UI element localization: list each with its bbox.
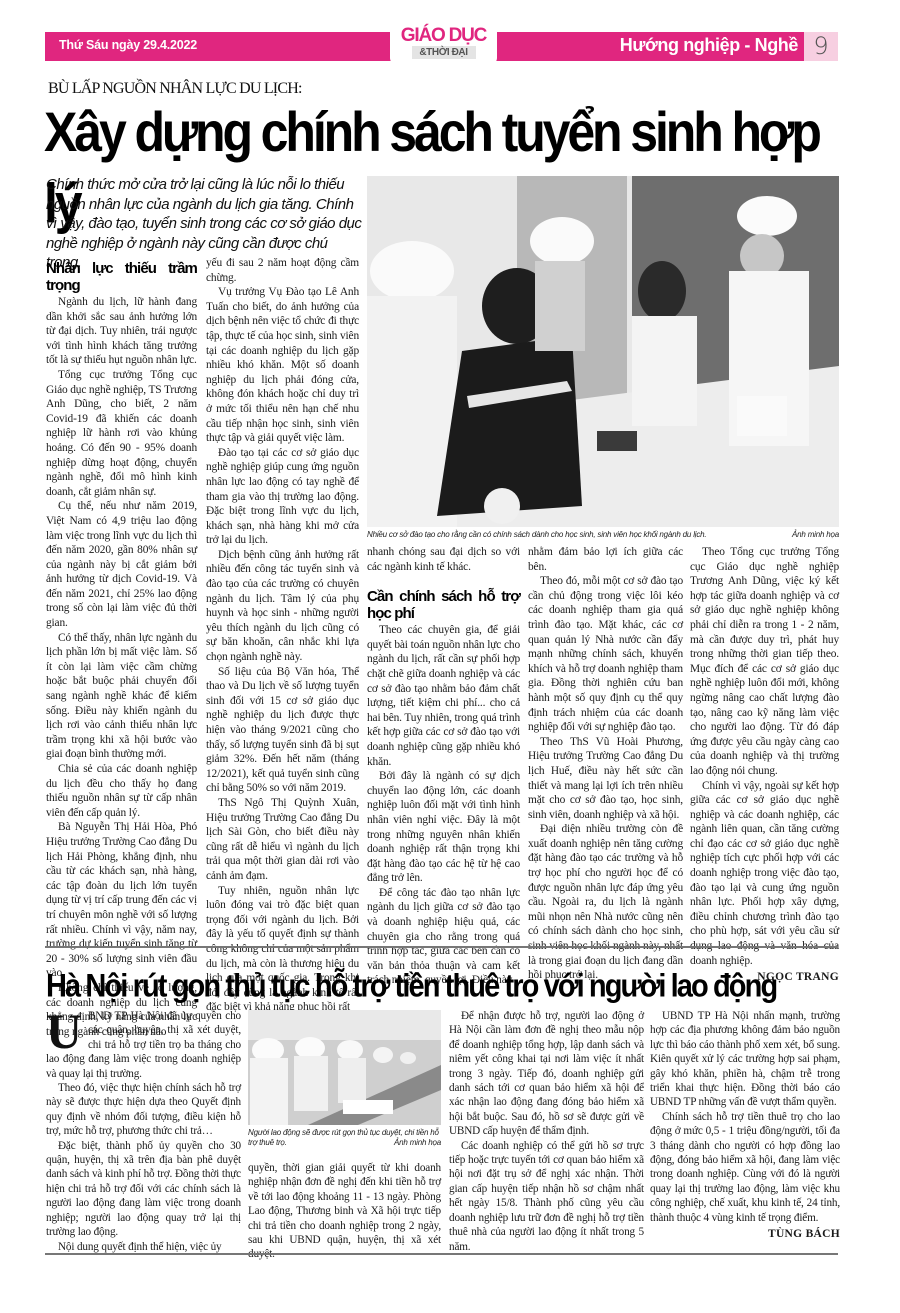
paragraph: Đào tạo tại các cơ sở giáo dục nghề nghi…: [206, 446, 359, 548]
paragraph: UBND TP Hà Nội nhấn mạnh, trường hợp các…: [650, 1009, 840, 1110]
paragraph: Chính sách hỗ trợ tiền thuê trọ cho lao …: [650, 1110, 840, 1225]
paragraph: Theo đó, mỗi một cơ sở đào tạo cần chủ đ…: [528, 574, 683, 735]
article1-column-3: nhanh chóng sau đại dịch so với các ngàn…: [367, 545, 520, 988]
paragraph: ThS Ngô Thị Quỳnh Xuân, Hiệu trưởng Trườ…: [206, 796, 359, 884]
paragraph: Tổng cục trưởng Tổng cục Giáo dục nghề n…: [46, 368, 197, 499]
paragraph: Bà Nguyễn Thị Hải Hòa, Phó Hiệu trưởng T…: [46, 820, 197, 981]
paragraph: Chia sẻ của các doanh nghiệp du lịch đều…: [46, 762, 197, 820]
paragraph: Theo ThS Vũ Hoài Phương, Hiệu trưởng Trư…: [528, 735, 683, 823]
article1-column-5: Theo Tổng cục trưởng Tổng cục Giáo dục n…: [690, 545, 839, 985]
section-title: Hướng nghiệp - Nghề: [620, 35, 798, 56]
subheading: Cần chính sách hỗ trợ học phí: [367, 588, 520, 622]
paragraph: nhằm đảm bảo lợi ích giữa các bên.: [528, 545, 683, 574]
paragraph: Cụ thể, nếu như năm 2019, Việt Nam có 4,…: [46, 499, 197, 630]
newspaper-logo: GIÁO DỤC &THỜI ĐẠI: [390, 26, 497, 64]
article2-column-4: UBND TP Hà Nội nhấn mạnh, trường hợp các…: [650, 1009, 840, 1242]
paragraph: Để nhận được hỗ trợ, người lao động ở Hà…: [449, 1009, 644, 1139]
paragraph: Các doanh nghiệp có thể gửi hồ sơ trực t…: [449, 1139, 644, 1254]
factory-photo-icon: [248, 1010, 441, 1125]
article2-column-2: quyền, thời gian giải quyết từ khi doanh…: [248, 1161, 441, 1262]
paragraph: yếu đi sau 2 năm hoạt động cầm chừng.: [206, 256, 359, 285]
paragraph: Đại diện nhiều trường còn đề xuất doanh …: [528, 822, 683, 983]
photo-illustration-icon: [367, 176, 839, 527]
photo-credit: Ảnh minh họa: [792, 530, 839, 539]
article2-photo-caption: Người lao động sẽ được rút gọn thủ tục d…: [248, 1128, 441, 1148]
author-byline: TÙNG BÁCH: [650, 1227, 840, 1241]
section-divider: [45, 946, 838, 948]
drop-cap: U: [46, 1011, 82, 1051]
paragraph: Chính vì vậy, ngoài sự kết hợp giữa các …: [690, 779, 839, 969]
page-number: 9: [804, 32, 838, 61]
paragraph: Theo Tổng cục trưởng Tổng cục Giáo dục n…: [690, 545, 839, 779]
subheading: Nhân lực thiếu trầm trọng: [46, 260, 197, 294]
article2-column-1: UBND TP Hà Nội đã ủy quyền cho các quận,…: [46, 1009, 241, 1254]
paragraph: nhanh chóng sau đại dịch so với các ngàn…: [367, 545, 520, 574]
caption-text: Nhiều cơ sở đào tạo cho rằng cần có chín…: [367, 530, 706, 539]
paragraph: Có thể thấy, nhân lực ngành du lịch phần…: [46, 631, 197, 762]
paragraph: Theo đó, việc thực hiện chính sách hỗ tr…: [46, 1081, 241, 1139]
paragraph: Số liệu của Bộ Văn hóa, Thể thao và Du l…: [206, 665, 359, 796]
article1-column-1: Nhân lực thiếu trầm trọng Ngành du lịch,…: [46, 258, 197, 1039]
photo-caption: Nhiều cơ sở đào tạo cho rằng cần có chín…: [367, 530, 839, 539]
paragraph: quyền, thời gian giải quyết từ khi doanh…: [248, 1161, 441, 1262]
article-photo: [367, 176, 839, 527]
paragraph: Dịch bệnh cũng ảnh hưởng rất nhiều đến c…: [206, 548, 359, 665]
paragraph: Đặc biệt, thành phố ủy quyền cho 30 quận…: [46, 1139, 241, 1240]
article2-column-3: Để nhận được hỗ trợ, người lao động ở Hà…: [449, 1009, 644, 1254]
logo-line-1: GIÁO DỤC: [390, 26, 497, 46]
article1-column-2: yếu đi sau 2 năm hoạt động cầm chừng. Vụ…: [206, 256, 359, 1015]
paragraph: Ngành du lịch, lữ hành đang dần khởi sắc…: [46, 295, 197, 368]
paragraph: Bởi đây là ngành có sự dịch chuyển lao đ…: [367, 769, 520, 886]
paragraph: Nội dung quyết định thể hiện, việc ủy: [46, 1240, 241, 1254]
article2-headline: Hà Nội rút gọn thủ tục hỗ trợ tiền thuê …: [46, 965, 776, 1008]
issue-date: Thứ Sáu ngày 29.4.2022: [59, 38, 197, 52]
logo-line-2: &THỜI ĐẠI: [412, 46, 476, 59]
paragraph: Theo các chuyên gia, để giải quyết bài t…: [367, 623, 520, 769]
paragraph: Vụ trưởng Vụ Đào tạo Lê Anh Tuấn cho biế…: [206, 285, 359, 446]
article2-photo: [248, 1010, 441, 1125]
bottom-divider: [45, 1253, 838, 1255]
article1-column-4: nhằm đảm bảo lợi ích giữa các bên. Theo …: [528, 545, 683, 983]
paragraph-first: UBND TP Hà Nội đã ủy quyền cho các quận,…: [46, 1009, 241, 1081]
